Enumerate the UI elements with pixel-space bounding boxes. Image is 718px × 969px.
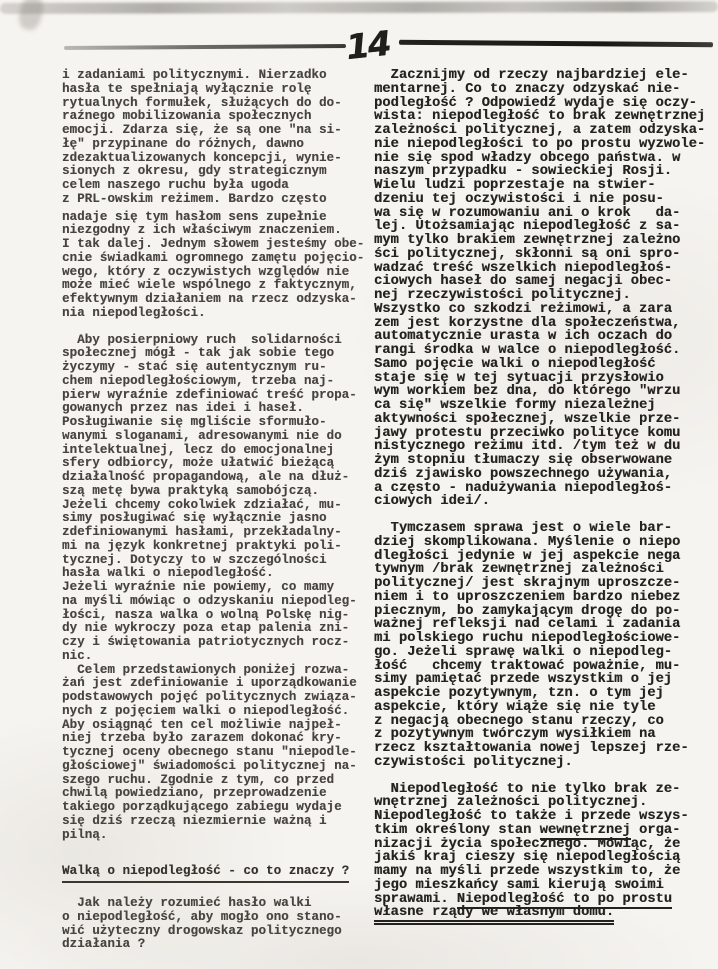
scan-artifact-corner-smudge: [16, 0, 46, 32]
text-line: jego mieszkańcy sami kierują swoimi: [374, 879, 716, 893]
text-line: Aby posierpniowy ruch solidarności: [62, 334, 366, 348]
text-line: ści politycznej, skłonni są oni spro-: [374, 248, 716, 262]
text-line: szego ruchu. Zgodnie z tym, co przed: [62, 774, 366, 788]
text-line: wista: niepodległość to brak zewnętrznej: [374, 110, 716, 124]
text-line: Tymczasem sprawa jest o wiele bar-: [374, 522, 716, 536]
text-line: łości, nasza walka o wolną Polskę nig-: [62, 609, 366, 623]
text-line: tkim określony stan wewnętrznej orga-: [374, 824, 716, 838]
text-line: ciowych haseł do samej negacji obec-: [374, 275, 716, 289]
scan-artifact-top-band: [0, 1, 718, 14]
text-line: raźnego mobilizowania społecznych: [62, 110, 366, 124]
paragraph: nadaje się tym hasłom sens zupełnieniezg…: [62, 211, 366, 321]
text-line: celem naszego ruchu była ugoda: [62, 179, 366, 193]
header-rule-left: [64, 44, 346, 49]
paragraph: Aby posierpniowy ruch solidarnościspołec…: [62, 334, 366, 843]
column-left: i zadaniami politycznymi. Nierzadkohasła…: [62, 69, 366, 952]
text-line: sionych z okresu, gdy strategicznym: [62, 165, 366, 179]
paragraph: Niepodległość to nie tylko brak ze-wnętr…: [374, 783, 716, 921]
text-line: dzeniu tej oczywistości i nie posu-: [374, 193, 716, 207]
text-line: intelektualnej, lecz do emocjonalnej: [62, 444, 366, 458]
text-line: czy i świętowania patriotycznych rocz-: [62, 636, 366, 650]
text-line: nej rzeczywistości politycznej.: [374, 289, 716, 303]
text-line: mi polskiego ruchu niepodległościowe-: [374, 632, 716, 646]
text-line: ca się" wszelkie formy niezależnej: [374, 399, 716, 413]
text-line: dziej skomplikowana. Myślenie o niepo: [374, 536, 716, 550]
scanned-document-page: 14 i zadaniami politycznymi. Nierzadkoha…: [0, 0, 718, 969]
header-rule-right: [399, 40, 713, 47]
text-line: działania ?: [62, 938, 366, 952]
text-line: tywnym /brak zewnętrznej zależności: [374, 563, 716, 577]
text-line: rangi środka w walce o niepodległość.: [374, 344, 716, 358]
text-line: nadaje się tym hasłom sens zupełnie: [62, 211, 366, 225]
paragraph: i zadaniami politycznymi. Nierzadkohasła…: [62, 69, 366, 207]
text-line: hasła te spełniają wyłącznie rolę: [62, 83, 366, 97]
text-line: nia niepodległości.: [62, 307, 366, 321]
text-line: takiego porządkującego zabiegu wydaje: [62, 801, 366, 815]
text-line: sfery odbiorcy, może ułatwić bieżącą: [62, 457, 366, 471]
underlined-text: własne rządy we własnym domu.: [374, 905, 614, 925]
text-line: go. Jeżeli sprawę walki o niepodleg-: [374, 646, 716, 660]
text-line: lej. Utożsamiając niepodległość z sa-: [374, 220, 716, 234]
text-line: Celem przedstawionych poniżej rozwa-: [62, 664, 366, 678]
text-line: tycznej. Dotyczy to w szczególności: [62, 554, 366, 568]
text-line: dy nie wykroczy poza etap palenia zni-: [62, 622, 366, 636]
text-line: zależności politycznej, a zatem odzyska-: [374, 124, 716, 138]
text-line: chem niepodległościowym, trzeba naj-: [62, 375, 366, 389]
column-right: Zacznijmy od rzeczy najbardziej ele-ment…: [374, 69, 716, 920]
text-line: naszym przypadku - sowieckiej Rosji.: [374, 165, 716, 179]
section-heading: Walką o niepodległość - co to znaczy ?: [62, 865, 366, 883]
text-line: politycznej/ jest skrajnym uproszcze-: [374, 577, 716, 591]
text-line: aktywności społecznej, wszelkie prze-: [374, 413, 716, 427]
text-line: zdefiniowanymi hasłami, przekładalny-: [62, 526, 366, 540]
text-line: chwilą powiedziano, przeprowadzenie: [62, 787, 366, 801]
text-line: simy pamiętać przede wszystkim o jej: [374, 673, 716, 687]
text-line: głościowej" świadomości politycznej na-: [62, 760, 366, 774]
text-line: mamy na myśli przede wszystkim to, że: [374, 865, 716, 879]
text-line: z PRL-owskim reżimem. Bardzo często: [62, 193, 366, 207]
text-line: żym stopniu tłumaczy się obserwowane: [374, 454, 716, 468]
text-line: Jeżeli chcemy cokolwiek zdziałać, mu-: [62, 499, 366, 513]
text-line: pilną.: [62, 829, 366, 843]
text-line: Jeżeli wyraźnie nie powiemy, co mamy: [62, 581, 366, 595]
text-line: wić użyteczny drogowskaz politycznego: [62, 925, 366, 939]
text-line: mym tylko brakiem zewnętrznej zależno: [374, 234, 716, 248]
text-line: podstawowych pojęć politycznych związa-: [62, 691, 366, 705]
text-line: cnie świadkami ogromnego zamętu pojęcio-: [62, 252, 366, 266]
text-line: mi na język konkretnej praktyki poli-: [62, 540, 366, 554]
text-line: szą metę bywa praktyką samobójczą.: [62, 485, 366, 499]
text-line: tycznej oceny obecnego stanu "niepodle-: [62, 746, 366, 760]
text-line: może mieć wiele wspólnego z faktycznym,: [62, 279, 366, 293]
text-line: simy posługiwać się wyłącznie jasno: [62, 512, 366, 526]
text-line: gowanych przez nas idei i haseł.: [62, 402, 366, 416]
paragraph: Jak należy rozumieć hasło walkio niepodl…: [62, 897, 366, 952]
text-line: czywistości politycznej.: [374, 756, 716, 770]
text-line: wanymi sloganami, adresowanymi nie do: [62, 430, 366, 444]
text-line: działalność propagandową, ale na dłuż-: [62, 471, 366, 485]
text-line: hasła walki o niepodległość.: [62, 567, 366, 581]
text-line: społecznej mógł - tak jak sobie tego: [62, 347, 366, 361]
text-line: pierw wyraźnie zdefiniować treść propa-: [62, 389, 366, 403]
text-line: i zadaniami politycznymi. Nierzadko: [62, 69, 366, 83]
text-line: aspekcie, który wiąże się nie tyle: [374, 701, 716, 715]
paragraph: Zacznijmy od rzeczy najbardziej ele-ment…: [374, 69, 716, 509]
paragraph: Tymczasem sprawa jest o wiele bar-dziej …: [374, 522, 716, 770]
text-line: Zacznijmy od rzeczy najbardziej ele-: [374, 69, 716, 83]
text-line: Wielu ludzi poprzestaje na stwier-: [374, 179, 716, 193]
text-line: wnętrznej zależności politycznej.: [374, 796, 716, 810]
text-line: dziś zjawisko powszechnego używania,: [374, 468, 716, 482]
text-line: mentarnej. Co to znaczy odzyskać nie-: [374, 83, 716, 97]
text-line: jakiś kraj cieszy się niepodległością: [374, 851, 716, 865]
text-line: nistycznego reżimu itd. /tym też w du: [374, 440, 716, 454]
text-line: automatycznie urasta w ich oczach do: [374, 330, 716, 344]
text-line: nic.: [62, 650, 366, 664]
text-line: niej trzeba było zarazem dokonać kry-: [62, 732, 366, 746]
text-line: Jak należy rozumieć hasło walki: [62, 897, 366, 911]
text-line: efektywnym działaniem na rzecz odzyska-: [62, 293, 366, 307]
text-segment: tkim określony stan: [374, 823, 540, 838]
text-line: niem i to uproszczeniem bardzo niebez: [374, 591, 716, 605]
text-line: Niepodległość to także i przede wszys-: [374, 810, 716, 824]
text-line: łę" przypinane do różnych, dawno: [62, 138, 366, 152]
text-line: niezgodny z ich właściwym znaczeniem.: [62, 224, 366, 238]
text-line: nych z pojęciem walki o niepodległość.: [62, 705, 366, 719]
text-segment: orga-: [631, 823, 681, 838]
text-line: wego, który z oczywistych względów nie: [62, 266, 366, 280]
text-line: na myśli mówiąc o odzyskaniu niepodleg-: [62, 595, 366, 609]
text-line: zdezaktualizowanych koncepcji, wynie-: [62, 152, 366, 166]
text-line: ciowych idei/.: [374, 495, 716, 509]
text-line: I tak dalej. Jednym słowem jesteśmy obe-: [62, 238, 366, 252]
text-line: rzecz kształtowania nowej lepszej rze-: [374, 742, 716, 756]
text-line: ważnej refleksji nad celami i zadania: [374, 618, 716, 632]
text-line: wym workiem bez dna, do którego "wrzu: [374, 385, 716, 399]
text-line: żań jest zdefiniowanie i uporządkowanie: [62, 677, 366, 691]
text-line: życzymy - stać się autentycznym ru-: [62, 361, 366, 375]
text-line: rytualnych formułek, służących do do-: [62, 97, 366, 111]
text-line: nie niepodległości to po prostu wyzwole-: [374, 138, 716, 152]
text-line: o niepodległość, aby mogło ono stano-: [62, 911, 366, 925]
text-line: Walką o niepodległość - co to znaczy ?: [62, 865, 349, 883]
text-line: Wszystko co szkodzi reżimowi, a zara: [374, 303, 716, 317]
text-line: z pozytywnym twórczym wysiłkiem na: [374, 728, 716, 742]
text-line: Posługiwanie się mgliście sformuło-: [62, 416, 366, 430]
text-line: emocji. Zdarza się, że są one "na si-: [62, 124, 366, 138]
page-number: 14: [344, 24, 391, 68]
text-line: Aby osiągnąć ten cel możliwie najpeł-: [62, 719, 366, 733]
text-line: Samo pojęcie walki o niepodległość: [374, 358, 716, 372]
text-line: aspekcie pozytywnym, tzn. o tym jej: [374, 687, 716, 701]
text-line: się dziś rzeczą niezmiernie ważną i: [62, 815, 366, 829]
